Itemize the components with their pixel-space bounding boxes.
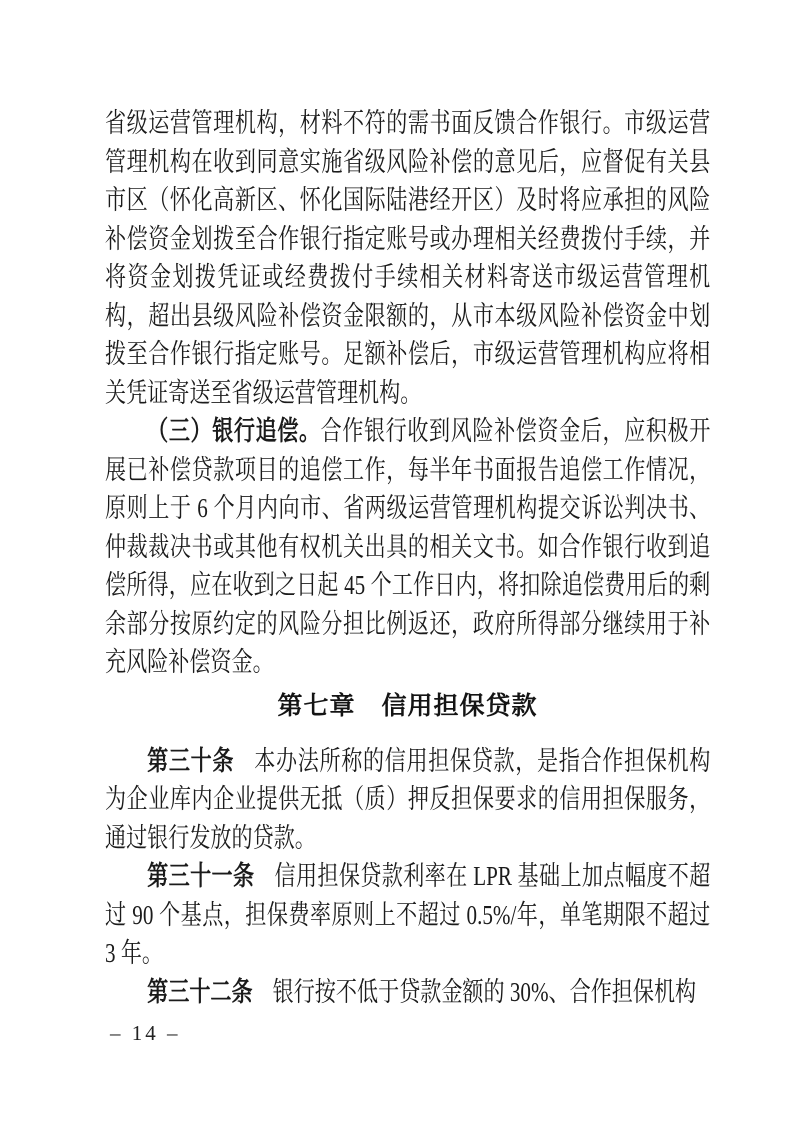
body-text-block-lower: 第三十条本办法所称的信用担保贷款，是指合作担保机构为企业库内企业提供无抵（质）押… [105, 742, 710, 1012]
article-30-paragraph: 第三十条本办法所称的信用担保贷款，是指合作担保机构为企业库内企业提供无抵（质）押… [105, 742, 710, 858]
article-32-paragraph: 第三十二条银行按不低于贷款金额的 30%、合作担保机构 [105, 973, 710, 1012]
paragraph-bank-recovery-lead: （三）银行追偿。 [147, 416, 320, 446]
article-31-number: 第三十一条 [147, 861, 254, 891]
body-text-block-upper: 省级运营管理机构，材料不符的需书面反馈合作银行。市级运营管理机构在收到同意实施省… [105, 104, 710, 682]
article-31-paragraph: 第三十一条信用担保贷款利率在 LPR 基础上加点幅度不超过 90 个基点，担保费… [105, 857, 710, 973]
page-number: – 14 – [110, 1019, 181, 1047]
page-content: 省级运营管理机构，材料不符的需书面反馈合作银行。市级运营管理机构在收到同意实施省… [105, 104, 710, 1011]
paragraph-continuation: 省级运营管理机构，材料不符的需书面反馈合作银行。市级运营管理机构在收到同意实施省… [105, 104, 710, 412]
document-page: 省级运营管理机构，材料不符的需书面反馈合作银行。市级运营管理机构在收到同意实施省… [0, 0, 793, 1122]
paragraph-continuation-text: 省级运营管理机构，材料不符的需书面反馈合作银行。市级运营管理机构在收到同意实施省… [105, 108, 710, 408]
article-30-number: 第三十条 [147, 746, 234, 776]
article-32-text: 银行按不低于贷款金额的 30%、合作担保机构 [273, 977, 696, 1007]
article-32-number: 第三十二条 [147, 977, 252, 1007]
paragraph-bank-recovery-text: 合作银行收到风险补偿资金后，应积极开展已补偿贷款项目的追偿工作，每半年书面报告追… [105, 416, 710, 677]
chapter-heading: 第七章 信用担保贷款 [105, 691, 710, 721]
paragraph-bank-recovery: （三）银行追偿。合作银行收到风险补偿资金后，应积极开展已补偿贷款项目的追偿工作，… [105, 412, 710, 682]
